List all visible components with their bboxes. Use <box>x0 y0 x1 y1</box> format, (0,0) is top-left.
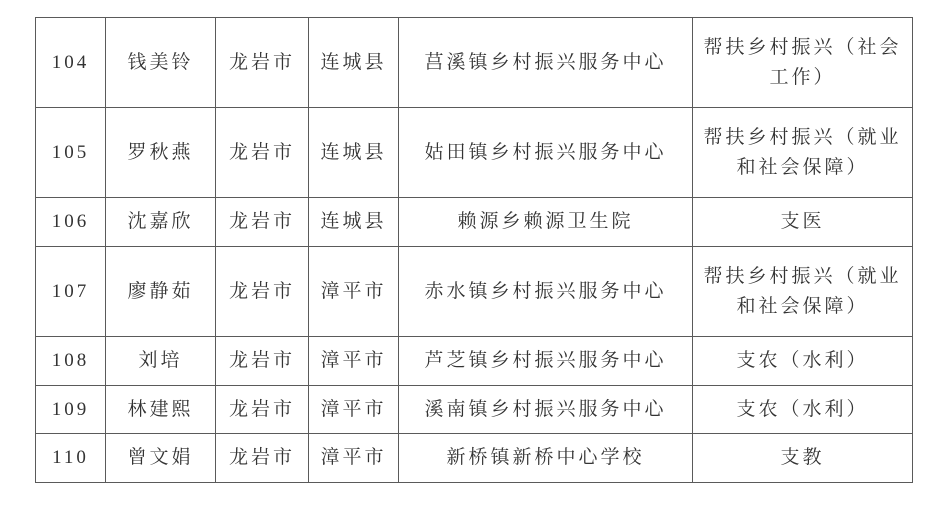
cell-serial-number: 109 <box>36 385 106 434</box>
table-row: 109 林建熙 龙岩市 漳平市 溪南镇乡村振兴服务中心 支农（水利） <box>36 385 913 434</box>
cell-city: 龙岩市 <box>216 434 309 483</box>
cell-service-post: 帮扶乡村振兴（就业 和社会保障） <box>693 246 913 336</box>
cell-city: 龙岩市 <box>216 108 309 198</box>
cell-service-post: 支农（水利） <box>693 385 913 434</box>
cell-serial-number: 110 <box>36 434 106 483</box>
cell-city: 龙岩市 <box>216 337 309 386</box>
cell-organization: 莒溪镇乡村振兴服务中心 <box>399 18 693 108</box>
cell-county: 连城县 <box>309 108 399 198</box>
table-row: 107 廖静茹 龙岩市 漳平市 赤水镇乡村振兴服务中心 帮扶乡村振兴（就业 和社… <box>36 246 913 336</box>
cell-county: 漳平市 <box>309 246 399 336</box>
cell-person-name: 沈嘉欣 <box>106 198 216 247</box>
cell-organization: 赖源乡赖源卫生院 <box>399 198 693 247</box>
cell-person-name: 曾文娟 <box>106 434 216 483</box>
cell-organization: 赤水镇乡村振兴服务中心 <box>399 246 693 336</box>
cell-county: 连城县 <box>309 18 399 108</box>
cell-person-name: 刘培 <box>106 337 216 386</box>
cell-serial-number: 106 <box>36 198 106 247</box>
cell-service-post: 支医 <box>693 198 913 247</box>
cell-serial-number: 104 <box>36 18 106 108</box>
cell-service-post: 帮扶乡村振兴（就业 和社会保障） <box>693 108 913 198</box>
cell-service-post: 帮扶乡村振兴（社会 工作） <box>693 18 913 108</box>
cell-serial-number: 105 <box>36 108 106 198</box>
cell-organization: 芦芝镇乡村振兴服务中心 <box>399 337 693 386</box>
cell-person-name: 林建熙 <box>106 385 216 434</box>
table-row: 108 刘培 龙岩市 漳平市 芦芝镇乡村振兴服务中心 支农（水利） <box>36 337 913 386</box>
table-row: 110 曾文娟 龙岩市 漳平市 新桥镇新桥中心学校 支教 <box>36 434 913 483</box>
cell-organization: 姑田镇乡村振兴服务中心 <box>399 108 693 198</box>
document-page: 104 钱美铃 龙岩市 连城县 莒溪镇乡村振兴服务中心 帮扶乡村振兴（社会 工作… <box>0 0 944 516</box>
cell-service-post: 支教 <box>693 434 913 483</box>
cell-city: 龙岩市 <box>216 246 309 336</box>
cell-person-name: 钱美铃 <box>106 18 216 108</box>
cell-organization: 新桥镇新桥中心学校 <box>399 434 693 483</box>
table-row: 104 钱美铃 龙岩市 连城县 莒溪镇乡村振兴服务中心 帮扶乡村振兴（社会 工作… <box>36 18 913 108</box>
personnel-table: 104 钱美铃 龙岩市 连城县 莒溪镇乡村振兴服务中心 帮扶乡村振兴（社会 工作… <box>35 17 913 483</box>
cell-organization: 溪南镇乡村振兴服务中心 <box>399 385 693 434</box>
cell-county: 连城县 <box>309 198 399 247</box>
cell-county: 漳平市 <box>309 434 399 483</box>
cell-serial-number: 108 <box>36 337 106 386</box>
cell-person-name: 罗秋燕 <box>106 108 216 198</box>
cell-county: 漳平市 <box>309 337 399 386</box>
cell-city: 龙岩市 <box>216 198 309 247</box>
table-row: 105 罗秋燕 龙岩市 连城县 姑田镇乡村振兴服务中心 帮扶乡村振兴（就业 和社… <box>36 108 913 198</box>
cell-serial-number: 107 <box>36 246 106 336</box>
table-row: 106 沈嘉欣 龙岩市 连城县 赖源乡赖源卫生院 支医 <box>36 198 913 247</box>
cell-service-post: 支农（水利） <box>693 337 913 386</box>
cell-county: 漳平市 <box>309 385 399 434</box>
cell-city: 龙岩市 <box>216 18 309 108</box>
cell-city: 龙岩市 <box>216 385 309 434</box>
cell-person-name: 廖静茹 <box>106 246 216 336</box>
